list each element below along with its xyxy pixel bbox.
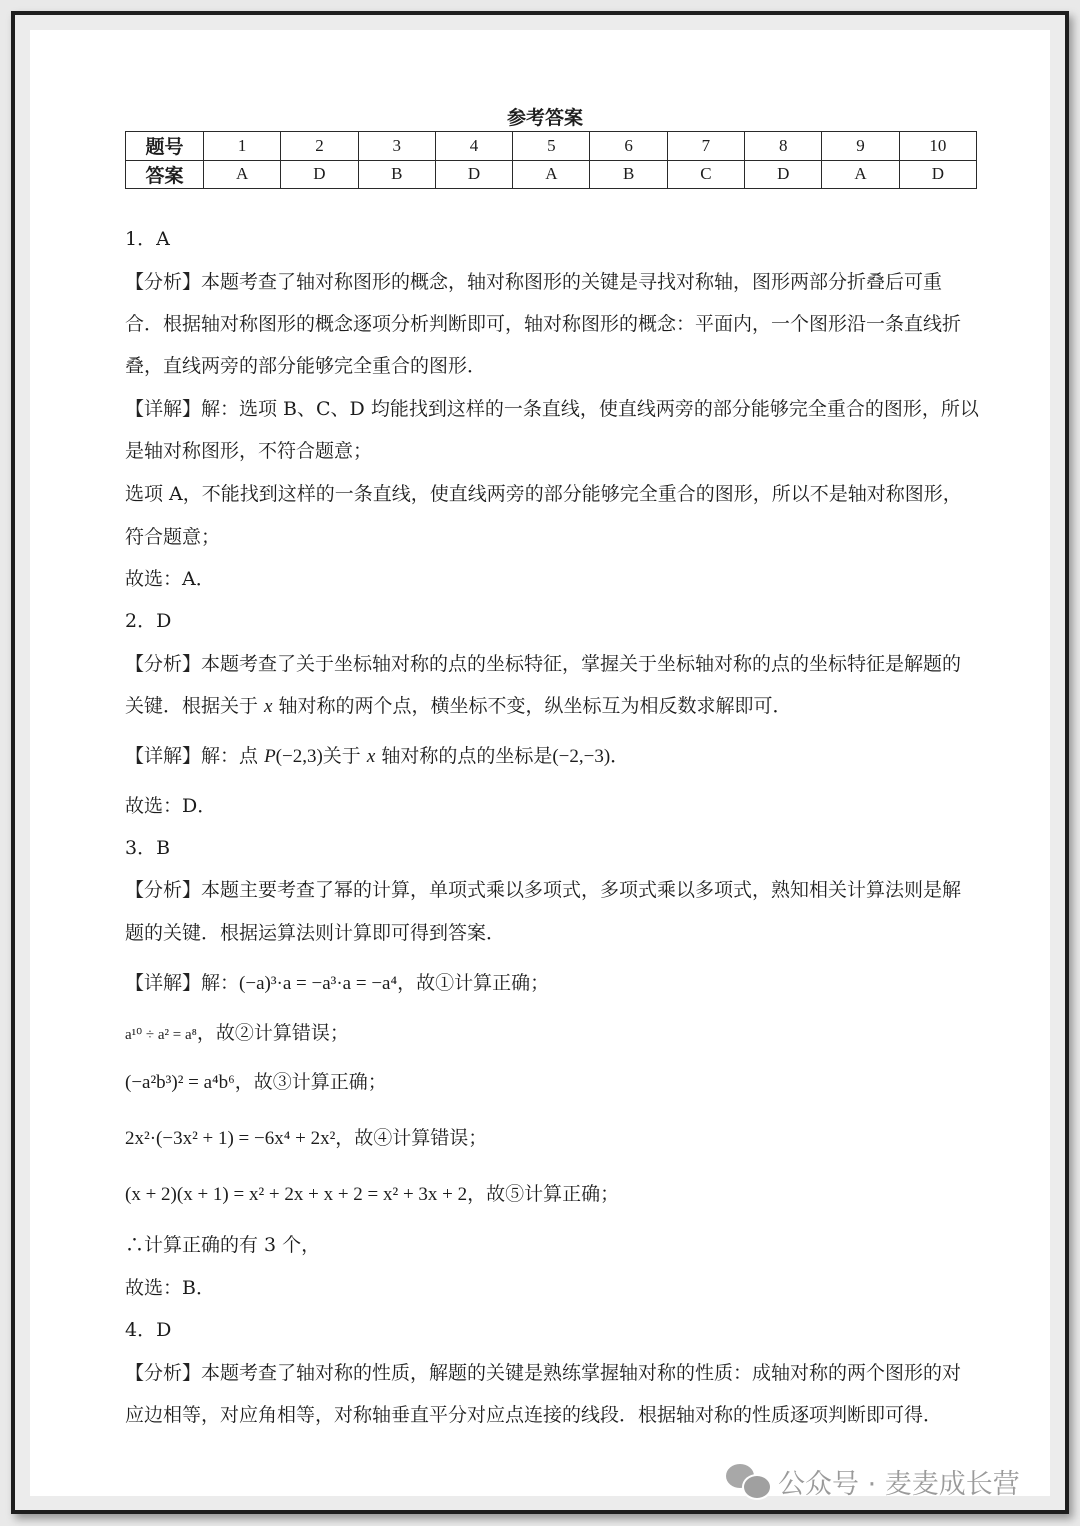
table-cell: B (590, 160, 667, 189)
table-cell: A (204, 160, 281, 189)
q2-conclusion: 故选：D． (125, 794, 216, 818)
table-cell: 7 (667, 132, 744, 161)
q3-step-line: (−a²b³)² = a⁴b⁶，故③计算正确； (125, 1070, 387, 1095)
table-cell: 6 (590, 132, 667, 161)
math-expression: a¹⁰ ÷ a² = a⁸ (125, 1027, 197, 1043)
table-cell: 4 (435, 132, 512, 161)
table-cell: 10 (899, 132, 976, 161)
q4-heading: 4．D (125, 1318, 171, 1342)
table-row-numbers: 题号 1 2 3 4 5 6 7 8 9 10 (126, 132, 977, 161)
detail-tag: 【详解】 (125, 972, 201, 994)
q1-detail-line: 选项 A，不能找到这样的一条直线，使直线两旁的部分能够完全重合的图形，所以不是轴… (125, 482, 962, 506)
table-cell: D (899, 160, 976, 189)
analysis-tag: 【分析】 (125, 653, 201, 675)
q3-detail-line: 【详解】解：(−a)³·a = −a³·a = −a⁴，故①计算正确； (125, 971, 549, 996)
table-cell: 3 (358, 132, 435, 161)
q3-heading: 3．B (125, 836, 170, 860)
analysis-text: 本题考查了轴对称图形的概念，轴对称图形的关键是寻找对称轴，图形两部分折叠后可重 (201, 271, 942, 293)
q3-analysis-line: 【分析】本题主要考查了幂的计算，单项式乘以多项式，多项式乘以多项式，熟知相关计算… (125, 878, 961, 902)
table-cell: 2 (281, 132, 358, 161)
table-cell: C (667, 160, 744, 189)
analysis-text: 本题考查了轴对称的性质，解题的关键是熟练掌握轴对称的性质：成轴对称的两个图形的对 (201, 1362, 961, 1384)
table-cell: A (822, 160, 899, 189)
math-point: P(−2,3) (264, 746, 323, 767)
math-result: (−2,−3) (552, 746, 610, 767)
q3-step-line: a¹⁰ ÷ a² = a⁸，故②计算错误； (125, 1021, 349, 1047)
table-cell: D (281, 160, 358, 189)
table-cell: 1 (204, 132, 281, 161)
analysis-tag: 【分析】 (125, 879, 201, 901)
table-cell: A (513, 160, 590, 189)
row-header-number: 题号 (126, 132, 204, 161)
page-title: 参考答案 (0, 103, 1080, 130)
math-point-coords: (−2,3) (276, 746, 323, 767)
analysis-tag: 【分析】 (125, 1362, 201, 1384)
math-point-label: P (264, 746, 276, 767)
detail-tag: 【详解】 (125, 745, 201, 767)
verdict-text: ，故③计算正确； (235, 1071, 387, 1093)
verdict-text: ，故⑤计算正确； (467, 1183, 619, 1205)
q1-detail-line: 是轴对称图形，不符合题意； (125, 439, 372, 463)
table-cell: 9 (822, 132, 899, 161)
q1-detail-line: 符合题意； (125, 525, 220, 549)
analysis-text: 本题考查了关于坐标轴对称的点的坐标特征，掌握关于坐标轴对称的点的坐标特征是解题的 (201, 653, 961, 675)
q3-conclusion: 故选：B． (125, 1276, 215, 1300)
q1-analysis-line: 叠，直线两旁的部分能够完全重合的图形． (125, 354, 486, 378)
wechat-icon (726, 1464, 770, 1498)
table-row-answers: 答案 A D B D A B C D A D (126, 160, 977, 189)
table-cell: D (745, 160, 822, 189)
q3-step-line: 2x²·(−3x² + 1) = −6x⁴ + 2x²，故④计算错误； (125, 1126, 487, 1151)
detail-text: 轴对称的点的坐标是 (375, 745, 552, 767)
q1-detail-line: 【详解】解：选项 B、C、D 均能找到这样的一条直线，使直线两旁的部分能够完全重… (125, 397, 979, 421)
math-expression: (−a²b³)² = a⁴b⁶ (125, 1072, 235, 1093)
table-cell: B (358, 160, 435, 189)
q1-heading: 1．A (125, 227, 170, 251)
q2-detail-line: 【详解】解：点 P(−2,3)关于 x 轴对称的点的坐标是(−2,−3)． (125, 744, 629, 769)
q2-analysis-line: 关键．根据关于 x 轴对称的两个点，横坐标不变，纵坐标互为相反数求解即可． (125, 694, 792, 719)
verdict-text: ，故②计算错误； (197, 1022, 349, 1044)
detail-text: 解：点 (201, 745, 264, 767)
detail-text: ． (610, 745, 629, 767)
answer-table: 题号 1 2 3 4 5 6 7 8 9 10 答案 A D B D A B C… (125, 131, 977, 189)
q3-analysis-line: 题的关键．根据运算法则计算即可得到答案． (125, 921, 505, 945)
q2-heading: 2．D (125, 609, 171, 633)
detail-tag: 【详解】 (125, 398, 201, 420)
detail-text: 关于 (323, 745, 367, 767)
analysis-tag: 【分析】 (125, 271, 201, 293)
q1-conclusion: 故选：A． (125, 567, 215, 591)
analysis-text: 关键．根据关于 (125, 695, 264, 717)
q1-analysis-line: 【分析】本题考查了轴对称图形的概念，轴对称图形的关键是寻找对称轴，图形两部分折叠… (125, 270, 942, 294)
analysis-text: 轴对称的两个点，横坐标不变，纵坐标互为相反数求解即可． (272, 695, 791, 717)
detail-text: 解： (201, 972, 239, 994)
verdict-text: ，故④计算错误； (335, 1127, 487, 1149)
math-expression: 2x²·(−3x² + 1) = −6x⁴ + 2x² (125, 1128, 335, 1149)
q1-analysis-line: 合．根据轴对称图形的概念逐项分析判断即可，轴对称图形的概念：平面内，一个图形沿一… (125, 312, 961, 336)
q3-summary: ∴计算正确的有 3 个， (125, 1233, 320, 1257)
verdict-text: ，故①计算正确； (397, 972, 549, 994)
q4-analysis-line: 【分析】本题考查了轴对称的性质，解题的关键是熟练掌握轴对称的性质：成轴对称的两个… (125, 1361, 961, 1385)
math-expression: (x + 2)(x + 1) = x² + 2x + x + 2 = x² + … (125, 1184, 467, 1205)
table-cell: 8 (745, 132, 822, 161)
row-header-answer: 答案 (126, 160, 204, 189)
table-cell: D (435, 160, 512, 189)
q3-step-line: (x + 2)(x + 1) = x² + 2x + x + 2 = x² + … (125, 1182, 619, 1207)
q4-analysis-line: 应边相等，对应角相等，对称轴垂直平分对应点连接的线段．根据轴对称的性质逐项判断即… (125, 1403, 942, 1427)
detail-text: 解：选项 B、C、D 均能找到这样的一条直线，使直线两旁的部分能够完全重合的图形… (201, 398, 979, 420)
watermark-text: 公众号 · 麦麦成长营 (778, 1462, 1020, 1501)
q2-analysis-line: 【分析】本题考查了关于坐标轴对称的点的坐标特征，掌握关于坐标轴对称的点的坐标特征… (125, 652, 961, 676)
analysis-text: 本题主要考查了幂的计算，单项式乘以多项式，多项式乘以多项式，熟知相关计算法则是解 (201, 879, 961, 901)
math-expression: (−a)³·a = −a³·a = −a⁴ (239, 973, 397, 994)
table-cell: 5 (513, 132, 590, 161)
watermark: 公众号 · 麦麦成长营 (726, 1461, 1020, 1501)
